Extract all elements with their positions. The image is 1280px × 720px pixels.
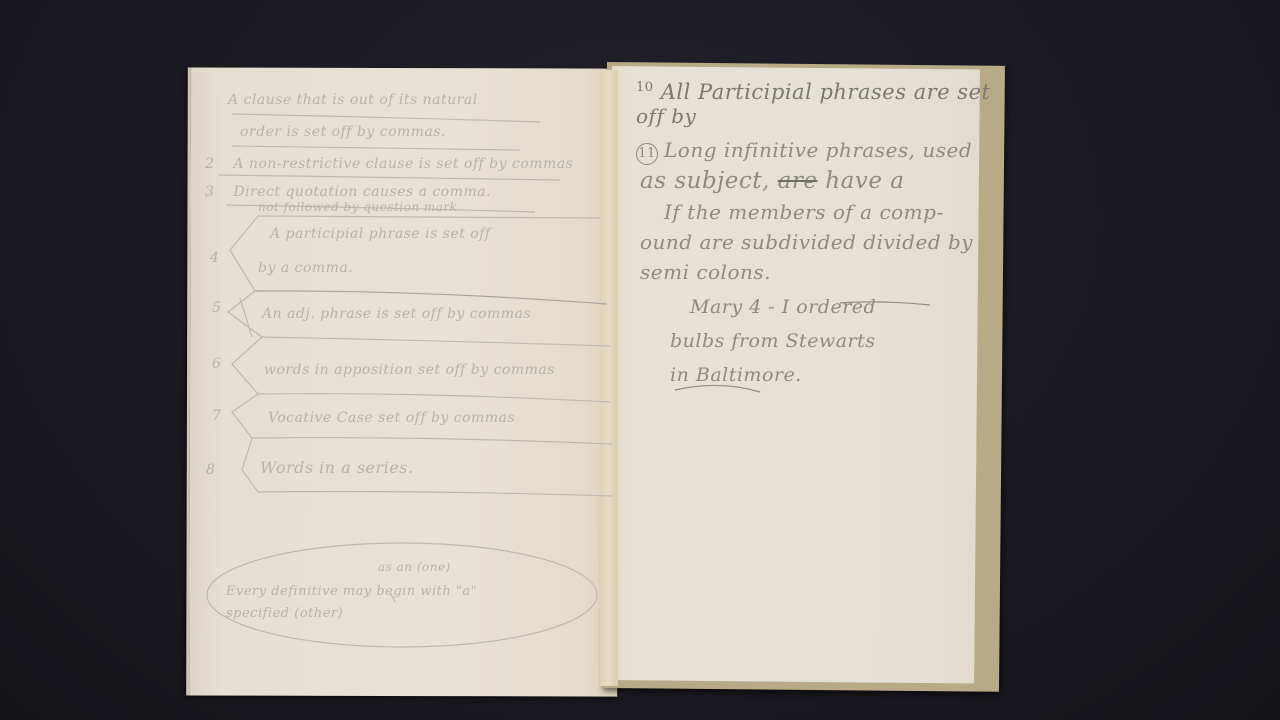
left-line-2-text: order is set off by commas. xyxy=(240,124,446,140)
arrow-item-4-line2: by a comma. xyxy=(258,260,353,276)
right-item-11-line3: If the members of a comp- xyxy=(664,200,944,224)
arrow-item-7-line1: Vocative Case set off by commas xyxy=(268,410,515,426)
right-item-11-line2-suffix: have a xyxy=(825,168,904,194)
left-line-1: A clause that is out of its natural xyxy=(228,92,478,108)
left-line-5-text: not followed by question mark. xyxy=(258,200,462,214)
right-item-11-number: 11 xyxy=(636,143,658,165)
left-line-3: 2 A non-restrictive clause is set off by… xyxy=(205,156,573,172)
oval-note-line2: specified (other) xyxy=(226,606,343,621)
left-line-2: order is set off by commas. xyxy=(240,124,446,140)
photo-scene: A clause that is out of its natural orde… xyxy=(0,0,1280,720)
left-line-4-number: 3 xyxy=(205,184,214,200)
right-item-10-line1: 10 All Participial phrases are set xyxy=(636,80,990,104)
arrow-item-6-line1: words in apposition set off by commas xyxy=(264,362,555,378)
right-item-11-line2-prefix: as subject, xyxy=(640,168,770,194)
right-item-10-line2: off by xyxy=(636,104,696,128)
right-item-11-struck-word: are xyxy=(778,168,818,194)
arrow-item-5-number: 5 xyxy=(212,300,221,316)
right-item-10-text: All Participial phrases are set xyxy=(661,80,991,104)
left-line-3-text: A non-restrictive clause is set off by c… xyxy=(233,156,573,172)
left-line-4-text: Direct quotation causes a comma. xyxy=(233,184,491,200)
left-line-1-text: A clause that is out of its natural xyxy=(228,92,478,108)
right-item-10-number: 10 xyxy=(636,80,654,95)
arrow-item-8-number: 8 xyxy=(206,462,215,478)
handwriting-layer: A clause that is out of its natural orde… xyxy=(0,0,1280,720)
right-item-11-line5: semi colons. xyxy=(640,260,771,284)
left-line-3-number: 2 xyxy=(205,156,214,172)
arrow-item-6-number: 6 xyxy=(212,356,221,372)
right-item-11-line2: as subject, are have a xyxy=(640,168,904,194)
left-line-4: 3 Direct quotation causes a comma. xyxy=(205,184,491,200)
arrow-item-8-line1: Words in a series. xyxy=(260,458,414,477)
right-note-line1: Mary 4 - I ordered xyxy=(690,296,876,318)
oval-note-insertion: as an (one) xyxy=(378,560,451,574)
right-item-11-line1: 11Long infinitive phrases, used xyxy=(636,138,972,165)
arrow-item-5-line1: An adj. phrase is set off by commas xyxy=(262,306,531,322)
arrow-item-4-line1: A participial phrase is set off xyxy=(270,226,491,242)
oval-note-line1: Every definitive may begin with "a" xyxy=(226,584,477,599)
right-item-11-text: Long infinitive phrases, used xyxy=(664,138,972,162)
right-item-11-line4: ound are subdivided divided by xyxy=(640,230,973,254)
arrow-item-4-number: 4 xyxy=(210,250,219,266)
right-note-line3: in Baltimore. xyxy=(670,364,802,386)
right-note-line2: bulbs from Stewarts xyxy=(670,330,876,352)
left-line-5: not followed by question mark. xyxy=(258,200,462,214)
arrow-item-7-number: 7 xyxy=(212,408,221,424)
